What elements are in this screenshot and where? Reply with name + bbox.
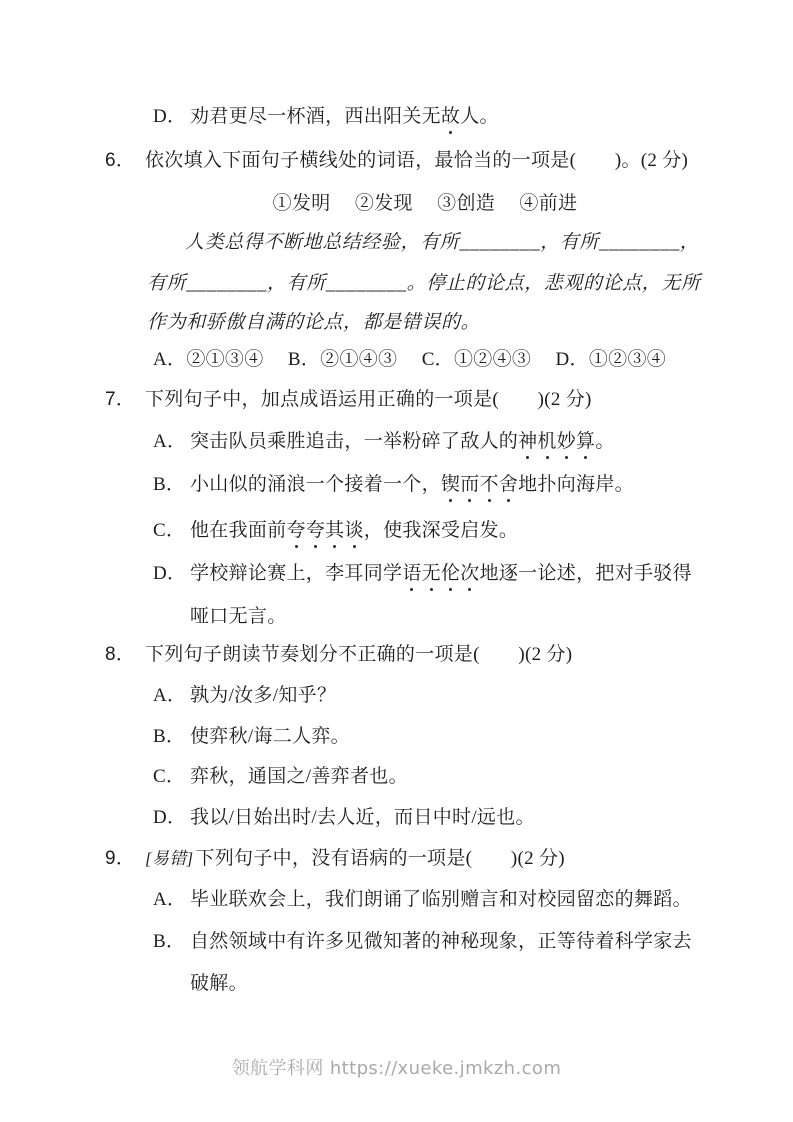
question-9-option-b-text: 自然领域中有许多见微知著的神秘现象，正等待着科学家去 [190,931,692,952]
question-6-passage-line-3: 作为和骄傲自满的论点，都是错误的。 [147,310,480,336]
question-7-option-c-label: C． [153,518,190,544]
question-7-option-d-text: 学校辩论赛上，李耳同学语无伦次地逐一论述，把对手驳得 [190,563,692,584]
question-7-option-b-text: 小山似的涌浪一个接着一个，锲而不舍地扑向海岸。 [190,474,634,495]
question-7-option-d: D．学校辩论赛上，李耳同学语无伦次地逐一论述，把对手驳得 [153,561,692,587]
question-8-option-b-label: B． [153,724,190,750]
question-7-option-d-label: D． [153,561,190,587]
question-8-option-d-text: 我以/日始出时/去人近，而日中时/远也。 [190,807,535,828]
question-5-option-d: D．劝君更尽一杯酒，西出阳关无故人。 [153,104,499,130]
question-9-option-b: B．自然领域中有许多见微知著的神秘现象，正等待着科学家去 [153,929,692,955]
question-9-number: 9． [105,846,145,872]
question-6-options: A．②①③④ B．②①④③ C．①②④③ D．①②③④ [153,347,666,373]
question-6-passage-line-1: 人类总得不断地总结经验，有所________，有所________， [147,230,699,256]
question-6-passage-line-2: 有所________，有所________。停止的论点，悲观的论点，无所 [147,271,701,297]
question-7-option-b: B．小山似的涌浪一个接着一个，锲而不舍地扑向海岸。 [153,472,634,498]
question-7-option-d-continuation: 哑口无言。 [190,604,287,630]
question-9-option-b-continuation: 破解。 [190,971,248,997]
question-7-stem: 7．下列句子中，加点成语运用正确的一项是( )(2 分) [105,387,592,413]
question-8-option-c-label: C． [153,764,190,790]
question-8-option-d-label: D． [153,805,190,831]
question-8-stem-text: 下列句子朗读节奏划分不正确的一项是( )(2 分) [145,644,572,665]
question-8-option-a-label: A． [153,683,190,709]
question-9-option-a-text: 毕业联欢会上，我们朗诵了临别赠言和对校园留恋的舞蹈。 [190,889,692,910]
question-8-option-d: D．我以/日始出时/去人近，而日中时/远也。 [153,805,535,831]
question-5-option-d-label: D． [153,104,190,130]
question-8-stem: 8．下列句子朗读节奏划分不正确的一项是( )(2 分) [105,642,572,668]
question-7-option-a-label: A． [153,429,190,455]
exam-paper-page: D．劝君更尽一杯酒，西出阳关无故人。 6．依次填入下面句子横线处的词语，最恰当的… [0,0,793,1122]
question-8-option-c: C．弈秋，通国之/善弈者也。 [153,764,408,790]
question-8-option-c-text: 弈秋，通国之/善弈者也。 [190,766,408,787]
question-6-stem: 6．依次填入下面句子横线处的词语，最恰当的一项是( )。(2 分) [105,148,688,174]
question-9-option-a: A．毕业联欢会上，我们朗诵了临别赠言和对校园留恋的舞蹈。 [153,887,692,913]
question-8-number: 8． [105,642,145,668]
question-9-stem: 9．[易错]下列句子中，没有语病的一项是( )(2 分) [105,846,565,872]
question-6-number: 6． [105,148,145,174]
question-6-word-bank: ①发明 ②发现 ③创造 ④前进 [145,191,705,217]
question-7-option-c-text: 他在我面前夸夸其谈，使我深受启发。 [190,520,518,541]
question-7-option-a: A．突击队员乘胜追击，一举粉碎了敌人的神机妙算。 [153,429,615,455]
question-9-error-prone-tag: [易错] [145,849,195,868]
question-9-option-a-label: A． [153,887,190,913]
question-7-option-c: C．他在我面前夸夸其谈，使我深受启发。 [153,518,518,544]
question-8-option-b-text: 使弈秋/诲二人弈。 [190,726,350,747]
question-7-option-a-text: 突击队员乘胜追击，一举粉碎了敌人的神机妙算。 [190,431,615,452]
question-9-stem-text: 下列句子中，没有语病的一项是( )(2 分) [195,848,564,869]
question-7-number: 7． [105,387,145,413]
question-8-option-a-text: 孰为/汝多/知乎？ [190,685,336,706]
watermark-footer: 领航学科网 https://xueke.jmkzh.com [0,1056,793,1082]
question-8-option-b: B．使弈秋/诲二人弈。 [153,724,350,750]
question-9-option-b-label: B． [153,929,190,955]
question-8-option-a: A．孰为/汝多/知乎？ [153,683,336,709]
question-7-option-b-label: B． [153,472,190,498]
question-6-stem-text: 依次填入下面句子横线处的词语，最恰当的一项是( )。(2 分) [145,150,688,171]
question-5-option-d-text: 劝君更尽一杯酒，西出阳关无故人。 [190,106,499,127]
question-7-stem-text: 下列句子中，加点成语运用正确的一项是( )(2 分) [145,389,592,410]
